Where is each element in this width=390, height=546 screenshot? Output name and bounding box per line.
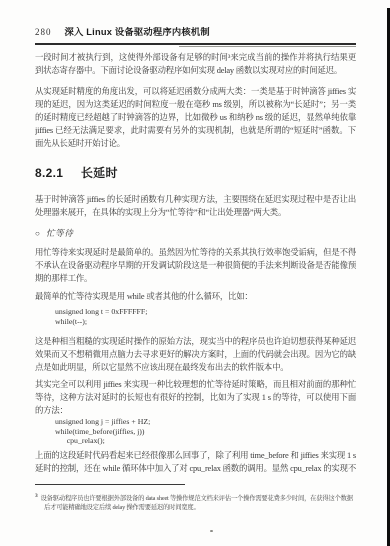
text-line: 的方法： <box>35 404 356 417</box>
text-line: 其实完全可以利用 jiffies 来实现一种比较理想的忙等待延时策略，而且相对前… <box>35 378 356 391</box>
paragraph-jiffies-strategy: 其实完全可以利用 jiffies 来实现一种比较理想的忙等待延时策略，而且相对前… <box>35 378 356 417</box>
text-line: 从实现延时精度的角度出发，可以将延迟函数分成两大类：一类是基于时钟滴答 jiff… <box>35 85 356 98</box>
text-line: 一段时间才被执行到，这使得外部设备有足够的时间³来完成当前的操作并将执行结果更新 <box>35 51 356 64</box>
text-line: 不承认在设备驱动程序早期的开发调试阶段这是一种很简便的手法来判断设备是否能像预 <box>35 259 356 272</box>
code-line: while(t--); <box>55 317 356 327</box>
section-number: 8.2.1 <box>35 166 63 180</box>
code-block-jiffies-loop: unsigned long j = jiffies + HZ; while(ti… <box>55 417 356 446</box>
footnote: 3设备驱动程序员也许要根据外部设备的 data sheet 等操作规范文档来评估… <box>35 491 356 514</box>
text-line: 这是种相当粗糙的实现延时操作的原始方法，现实当中的程序员也许迫切想获得某种延迟 <box>35 335 356 348</box>
scan-speck <box>210 530 213 532</box>
bullet-item-busy-wait: ○ 忙等待 <box>35 227 356 240</box>
footnote-rule <box>35 484 185 485</box>
code-line: while(time_before(jiffies, j)) <box>55 427 356 437</box>
text-line: 到状态寄存器中。下面讨论设备驱动程序如何实现 delay 函数以实现对应的时间延… <box>35 64 356 77</box>
text-line: 上面的这段延时代码看起来已经很像那么回事了，除了利用 time_before 和… <box>35 449 356 462</box>
text-line: 的延时精度已经超越了时钟滴答的边界，比如微秒 us 和纳秒 ns 级的延迟，显然… <box>35 111 356 124</box>
section-heading: 8.2.1 长延时 <box>35 165 356 181</box>
text-line: 点是如此明显，所以它显然不应该出现在最终发布出去的软件版本中。 <box>35 361 356 374</box>
section-title: 长延时 <box>81 166 118 180</box>
paragraph-delay-classes: 从实现延时精度的角度出发，可以将延迟函数分成两大类：一类是基于时钟滴答 jiff… <box>35 85 356 150</box>
code-line: unsigned long t = 0xFFFFFF; <box>55 307 356 317</box>
scanned-book-page: { "page": { "number": "280", "book_title… <box>0 0 390 546</box>
code-line: cpu_relax(); <box>55 436 356 446</box>
text-line: 期的那样工作。 <box>35 272 356 285</box>
paragraph-long-delay: 基于时钟滴答 jiffies 的长延时函数有几种实现方法，主要围绕在延迟实现过程… <box>35 193 356 219</box>
paragraph-busy-wait: 用忙等待来实现延时是最简单的。虽然因为忙等待的关系其执行效率饱受诟病，但是不得 … <box>35 246 356 285</box>
page-content: 280 深入 Linux 设备驱动程序内核机制 一段时间才被执行到，这使得外部设… <box>35 0 356 514</box>
circle-bullet-icon: ○ <box>35 229 40 238</box>
paragraph-crude-method: 这是种相当粗糙的实现延时操作的原始方法，现实当中的程序员也许迫切想获得某种延迟 … <box>35 335 356 374</box>
footnote-line: 3设备驱动程序员也许要根据外部设备的 data sheet 等操作规范文档来评估… <box>35 491 356 503</box>
code-line: unsigned long j = jiffies + HZ; <box>55 417 356 427</box>
code-block-simple-loop: unsigned long t = 0xFFFFFF; while(t--); <box>55 307 356 326</box>
book-title: 深入 Linux 设备驱动程序内核机制 <box>65 26 210 39</box>
header-rule <box>35 43 356 45</box>
text-line: 效果而又不想稍微用点脑力去寻求更好的解决方案时，上面的代码就会出现。因为它的缺 <box>35 348 356 361</box>
header-rule-ghost <box>179 46 356 47</box>
page-number: 280 <box>35 26 52 39</box>
text-line: 基于时钟滴答 jiffies 的长延时函数有几种实现方法，主要围绕在延迟实现过程… <box>35 193 356 206</box>
text-line: 处理器来展开，在具体的实现上分为“忙等待”和“让出处理器”两大类。 <box>35 206 356 219</box>
text-line: 等待，这种方法对延时的长短也有很好的控制，比如为了实现 1 s 的等待，可以使用… <box>35 391 356 404</box>
text-line: 用忙等待来实现延时是最简单的。虽然因为忙等待的关系其执行效率饱受诟病，但是不得 <box>35 246 356 259</box>
bullet-label: 忙等待 <box>46 228 73 238</box>
text-line: 面先从长延时开始讨论。 <box>35 137 356 150</box>
footnote-text: 设备驱动程序员也许要根据外部设备的 data sheet 等操作规范文档来评估一… <box>41 495 353 502</box>
text-line: jiffies 已经无法满足要求，此时需要有另外的实现机制，也就是所谓的“短延时… <box>35 124 356 137</box>
footnote-line: 后才可能精确地设定后续 delay 操作需要延迟的时间宽度。 <box>35 502 356 514</box>
paragraph-cpu-relax: 上面的这段延时代码看起来已经很像那么回事了，除了利用 time_before 和… <box>35 449 356 475</box>
text-line: 最简单的忙等待实现是用 while 或者其他的什么循环，比如： <box>35 290 356 303</box>
footnote-marker: 3 <box>35 493 38 499</box>
paragraph-intro: 一段时间才被执行到，这使得外部设备有足够的时间³来完成当前的操作并将执行结果更新… <box>35 51 356 77</box>
text-line: 延时的控制，还在 while 循环体中加入了对 cpu_relax 函数的调用。… <box>35 462 356 475</box>
page-header: 280 深入 Linux 设备驱动程序内核机制 <box>35 26 356 39</box>
text-line: 现的延迟，因为这类延迟的时间粒度一般在毫秒 ms 级别，所以被称为“长延时”；另… <box>35 98 356 111</box>
paragraph-while-intro: 最简单的忙等待实现是用 while 或者其他的什么循环，比如： <box>35 290 356 303</box>
